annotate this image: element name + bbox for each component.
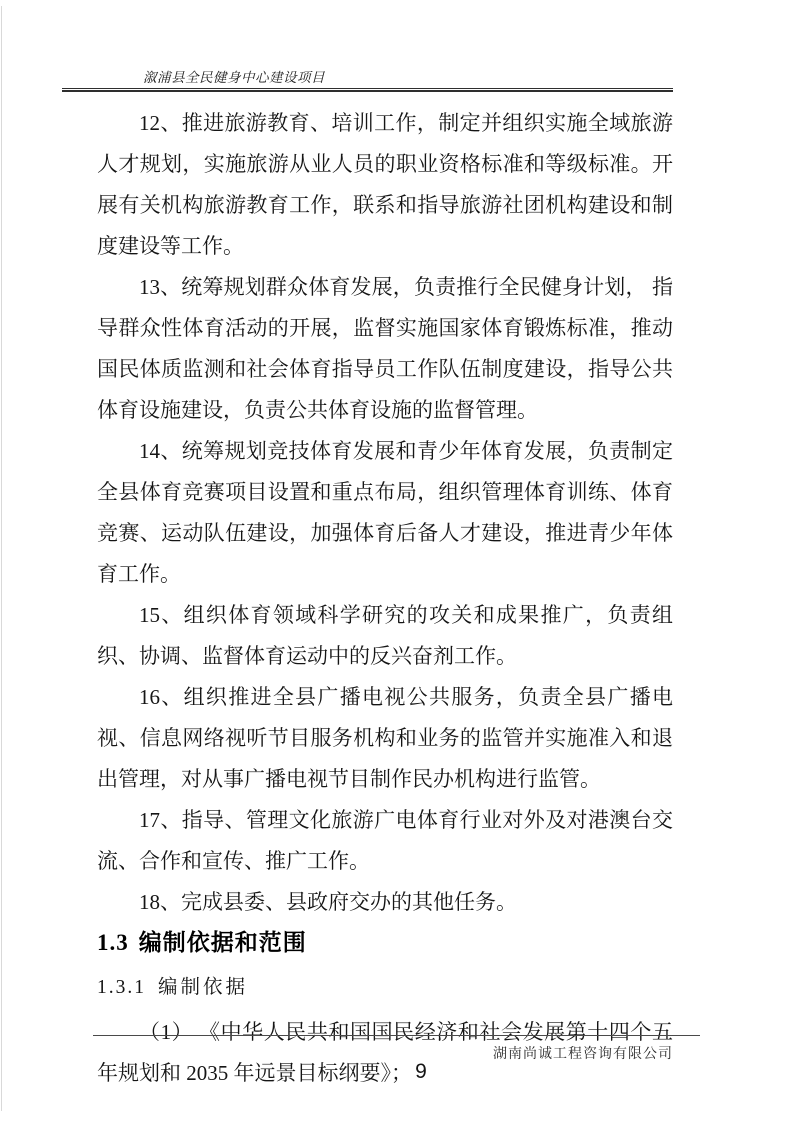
section-heading-1-3: 1.3编制依据和范围: [97, 925, 673, 960]
page-edge-line: [1, 6, 2, 1111]
paragraph-item-18: 18、完成县委、县政府交办的其他任务。: [97, 882, 673, 923]
header-project-title: 溆浦县全民健身中心建设项目: [62, 70, 673, 86]
paragraph-item-13: 13、统筹规划群众体育发展，负责推行全民健身计划， 指导群众性体育活动的开展，监…: [97, 267, 673, 431]
paragraph-item-16: 16、组织推进全县广播电视公共服务，负责全县广播电 视、信息网络视听节目服务机构…: [97, 677, 673, 800]
header-rule: [62, 88, 673, 92]
subsection-title: 编制依据: [158, 977, 248, 998]
paragraph-item-17: 17、指导、管理文化旅游广电体育行业对外及对港澳台交流、合作和宣传、推广工作。: [97, 800, 673, 882]
document-page: 溆浦县全民健身中心建设项目 12、推进旅游教育、培训工作，制定并组织实施全域旅游…: [0, 0, 793, 1122]
footer-page-number: 9: [391, 1058, 451, 1086]
subsection-heading-1-3-1: 1.3.1编制依据: [97, 974, 673, 1002]
section-number: 1.3: [97, 930, 129, 955]
section-title: 编制依据和范围: [139, 929, 307, 955]
subsection-number: 1.3.1: [97, 977, 146, 998]
footer-rule: [93, 1035, 700, 1036]
document-body: 12、推进旅游教育、培训工作，制定并组织实施全域旅游人才规划，实施旅游从业人员的…: [97, 103, 673, 1094]
paragraph-item-14: 14、统筹规划竞技体育发展和青少年体育发展，负责制定全县体育竞赛项目设置和重点布…: [97, 431, 673, 595]
paragraph-item-12: 12、推进旅游教育、培训工作，制定并组织实施全域旅游人才规划，实施旅游从业人员的…: [97, 103, 673, 267]
page-header: 溆浦县全民健身中心建设项目: [62, 70, 673, 92]
paragraph-item-15: 15、组织体育领域科学研究的攻关和成果推广，负责组织、协调、监督体育运动中的反兴…: [97, 595, 673, 677]
